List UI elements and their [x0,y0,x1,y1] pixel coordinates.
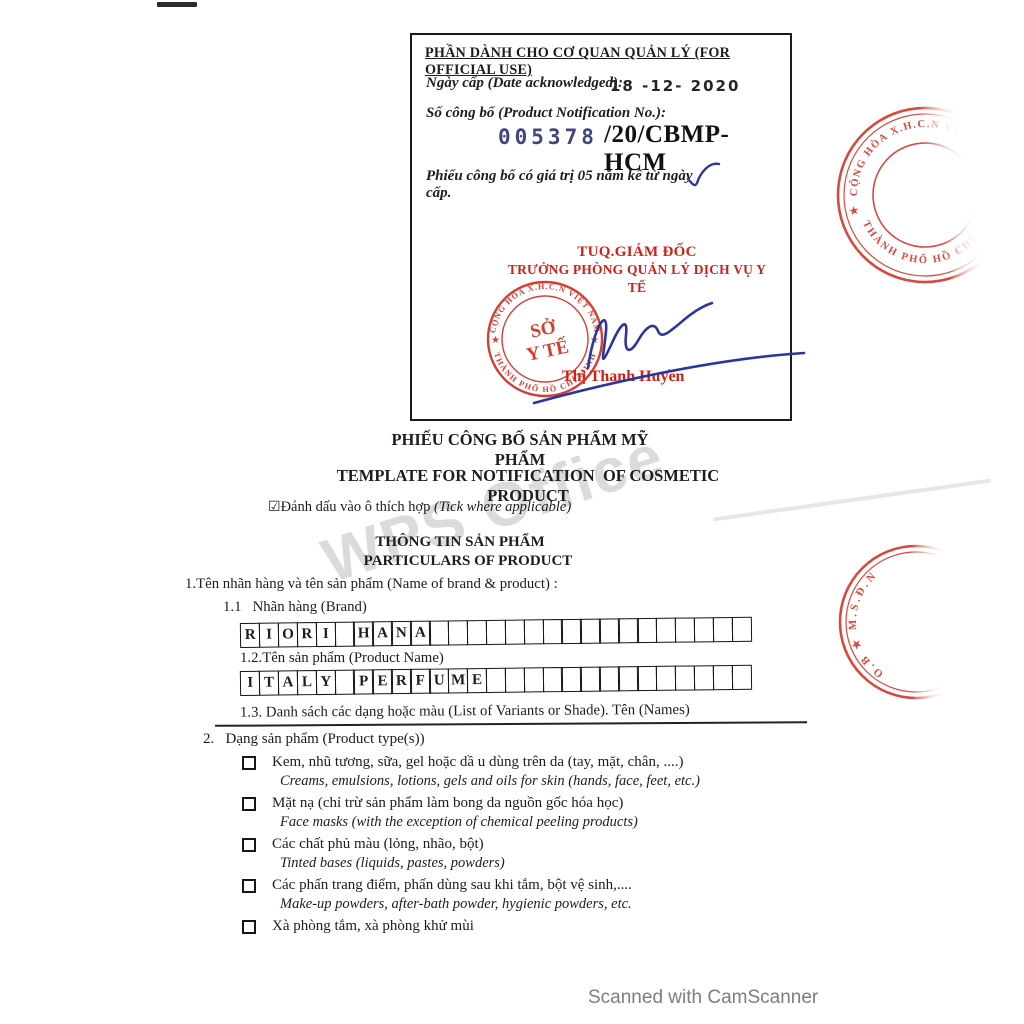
product-type-vi: Mặt nạ (chỉ trừ sản phẩm làm bong da ngu… [272,794,798,813]
product-type-item: Các phấn trang điểm, phấn dùng sau khi t… [238,876,798,914]
product-type-en: Creams, emulsions, lotions, gels and oil… [280,772,798,791]
letter-cell [712,665,733,690]
product-type-item: Xà phòng tắm, xà phòng khử mùi [238,917,798,936]
product-type-item: Các chất phủ màu (lỏng, nhão, bột) Tinte… [238,835,798,873]
letter-cell [561,667,582,692]
letter-cell [486,620,507,645]
scanned-document-page: { "page": { "watermark": "WPS Office", "… [0,0,1024,1024]
product-type-vi: Các phấn trang điểm, phấn dùng sau khi t… [272,876,798,895]
section2-heading: 2. Dạng sản phẩm (Product type(s)) [203,731,425,748]
letter-cell: A [278,670,299,695]
product-name-label: 1.2.Tên sản phẩm (Product Name) [240,650,444,667]
letter-cell: E [467,668,488,693]
pen-tick-mark [684,157,724,197]
letter-cell [618,618,639,643]
product-type-en: Make-up powders, after-bath powder, hygi… [280,895,798,914]
letter-cell [580,667,601,692]
letter-cell: I [240,671,261,696]
date-acknowledged-label: Ngày cấp (Date acknowledged): [426,75,623,92]
product-type-vi: Kem, nhũ tương, sữa, gel hoặc dầ u dùng … [272,753,798,772]
letter-cell [599,666,620,691]
letter-cell [429,620,450,645]
letter-cell [561,619,582,644]
letter-cell [637,618,658,643]
letter-cell [618,666,639,691]
section-info-title-vi: THÔNG TIN SẢN PHẨM [360,534,560,551]
brand-letter-grid: RIORIHANA [240,617,752,648]
letter-cell [542,619,563,644]
notification-number-stamp: 005378 [498,125,598,149]
letter-cell: F [410,669,431,694]
letter-cell [656,618,677,643]
validity-note: Phiếu công bố có giá trị 05 năm kể từ ng… [426,168,716,202]
letter-cell [523,667,544,692]
letter-cell [334,670,355,695]
watermark-streak [713,479,991,522]
letter-cell: H [353,621,374,646]
letter-cell: T [259,671,280,696]
letter-cell: O [278,622,299,647]
edge-stamp-top-arc-text: CỘNG HÒA X.H.C.N VIỆT NAM [838,107,998,198]
letter-cell [694,617,715,642]
letter-cell: N [391,621,412,646]
letter-cell [731,665,752,690]
product-type-item: Kem, nhũ tương, sữa, gel hoặc dầ u dùng … [238,753,798,791]
partial-round-stamp-middle-icon: O.B ★ M.S.Đ.N [820,535,1024,720]
empty-checkbox-icon [242,920,256,934]
section-info-title-en: PARTICULARS OF PRODUCT [348,553,588,570]
letter-cell: P [353,669,374,694]
scan-artifact-dash [157,2,197,7]
product-type-list: Kem, nhũ tương, sữa, gel hoặc dầ u dùng … [238,753,798,939]
empty-checkbox-icon [242,756,256,770]
letter-cell [580,619,601,644]
product-type-en: Tinted bases (liquids, pastes, powders) [280,854,798,873]
signer-title-line1: TUQ.GIÁM ĐỐC [502,243,772,261]
letter-cell [505,620,526,645]
camscanner-credit: Scanned with CamScanner [588,987,818,1009]
product-letter-grid: ITALYPERFUME [240,665,752,696]
empty-checkbox-icon [242,838,256,852]
edge-stamp-star: ★ [847,203,860,219]
letter-cell: U [429,668,450,693]
empty-checkbox-icon [242,797,256,811]
tick-instruction: ☑Đánh dấu vào ô thích hợp (Tick where ap… [268,499,571,516]
tick-instruction-en: (Tick where applicable) [434,499,571,515]
letter-cell: Y [315,670,336,695]
letter-cell [656,666,677,691]
section1-heading: 1.Tên nhãn hàng và tên sản phẩm (Name of… [185,576,558,593]
handwritten-signature [520,263,810,413]
letter-cell [486,668,507,693]
letter-cell: E [372,669,393,694]
letter-cell [523,619,544,644]
empty-checkbox-icon [242,879,256,893]
letter-cell [542,667,563,692]
notification-no-label: Số công bố (Product Notification No.): [426,105,666,122]
product-type-item: Mặt nạ (chỉ trừ sản phẩm làm bong da ngu… [238,794,798,832]
letter-cell: R [240,623,261,648]
letter-cell [467,620,488,645]
letter-cell: M [448,668,469,693]
svg-text:THÀNH PHỐ HỒ CHÍ MINH: THÀNH PHỐ HỒ CHÍ MINH [860,197,1006,277]
edge-stamp-bottom-arc-text: THÀNH PHỐ HỒ CHÍ MINH [860,197,1006,277]
form-title-vi: PHIẾU CÔNG BỐ SẢN PHẨM MỸ PHẨM [380,430,660,470]
letter-cell: A [410,621,431,646]
letter-cell [637,666,658,691]
stamp-star-left: ★ [491,335,500,346]
letter-cell [675,665,696,690]
svg-text:CỘNG HÒA X.H.C.N VIỆT NAM: CỘNG HÒA X.H.C.N VIỆT NAM [838,107,998,198]
letter-cell: R [297,622,318,647]
letter-cell: L [297,670,318,695]
letter-cell: R [391,669,412,694]
letter-cell: I [259,623,280,648]
product-type-vi: Các chất phủ màu (lỏng, nhão, bột) [272,835,798,854]
letter-cell: A [372,621,393,646]
product-type-vi: Xà phòng tắm, xà phòng khử mùi [272,917,798,936]
letter-cell [694,665,715,690]
brand-label: 1.1 Nhãn hàng (Brand) [223,599,367,616]
product-type-en: Face masks (with the exception of chemic… [280,813,798,832]
letter-cell [448,620,469,645]
letter-cell [675,617,696,642]
official-use-box: PHẦN DÀNH CHO CƠ QUAN QUẢN LÝ (FOR OFFIC… [410,33,792,421]
official-box-header: PHẦN DÀNH CHO CƠ QUAN QUẢN LÝ (FOR OFFIC… [425,45,777,79]
partial-round-stamp-top-icon: CỘNG HÒA X.H.C.N VIỆT NAM THÀNH PHỐ HỒ C… [825,90,1024,300]
letter-cell: I [315,622,336,647]
letter-cell [712,617,733,642]
letter-cell [505,668,526,693]
tick-instruction-vi: Đánh dấu vào ô thích hợp [281,499,434,515]
date-acknowledged-stamp: 18 -12- 2020 [610,77,740,95]
letter-cell [334,622,355,647]
letter-cell [731,617,752,642]
checked-checkbox-icon: ☑ [268,499,281,515]
letter-cell [599,618,620,643]
variants-label: 1.3. Danh sách các dạng hoặc màu (List o… [215,701,807,727]
